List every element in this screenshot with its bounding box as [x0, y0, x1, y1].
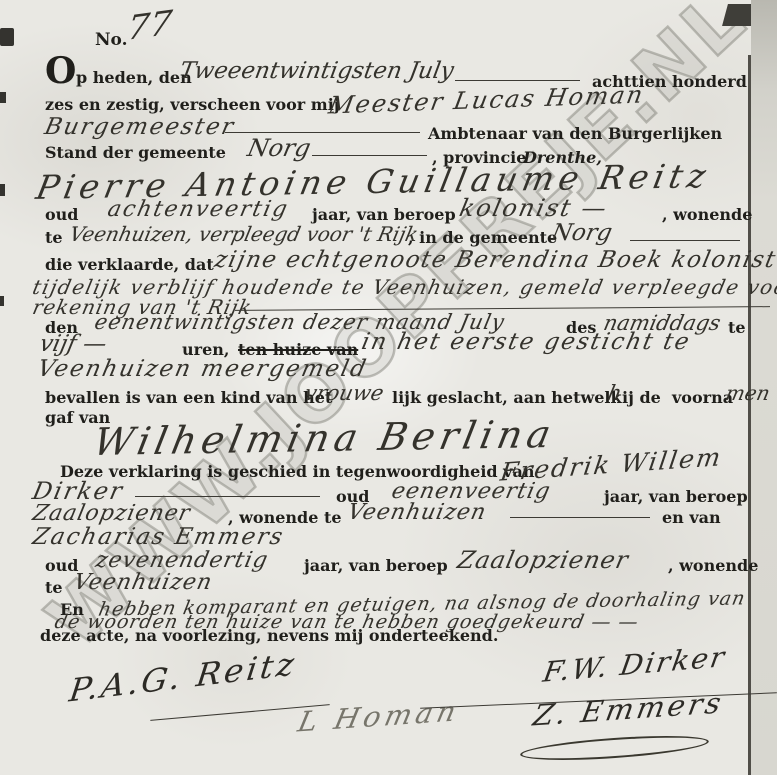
printed-text: p heden, den: [76, 68, 192, 87]
printed-text: te: [45, 228, 63, 247]
printed-text: die verklaarde, dat: [45, 255, 214, 274]
handwritten-witness1-profession: Zaalopziener: [30, 501, 193, 526]
flourish-line: [455, 80, 580, 81]
scan-artifact: [0, 184, 5, 196]
printed-text: jaar, van beroep: [304, 556, 448, 575]
flourish-line: [312, 155, 427, 156]
handwritten-gender: vrouwe: [302, 381, 386, 405]
printed-text: te: [728, 318, 746, 337]
printed-text: , wonende: [662, 205, 752, 224]
printed-text: ij de: [622, 388, 661, 407]
dropcap: O: [45, 50, 76, 92]
printed-text: , wonende: [668, 556, 758, 575]
printed-text: bevallen is van een kind van het: [45, 388, 332, 407]
handwritten-hour: vijf —: [37, 331, 109, 357]
handwritten-birthplace: in het eerste gesticht te: [359, 329, 693, 355]
printed-text: Ambtenaar van den Burgerlijken: [428, 124, 722, 143]
handwritten-title: Burgemeester: [42, 114, 237, 140]
handwritten-gemeente: Norg: [245, 134, 313, 162]
flourish-line: [225, 132, 420, 133]
signature-flourish: [520, 731, 710, 764]
handwritten-witness1-residence: Veenhuizen: [345, 500, 489, 525]
handwritten-profession: kolonist —: [457, 194, 611, 222]
printed-text: oud: [45, 556, 79, 575]
flourish-line: [630, 240, 740, 241]
document-scan: WWW.JOOPFREJE.NL No. 77 O p heden, den T…: [0, 0, 777, 775]
handwritten-witness2-profession: Zaalopziener: [455, 546, 631, 574]
signature-emmers: Z. Emmers: [531, 686, 727, 733]
printed-text: te: [45, 578, 63, 597]
no-label: No.: [95, 30, 128, 50]
flourish-line: [510, 517, 650, 518]
signature-dirker: F.W. Dirker: [541, 640, 729, 689]
act-number: 77: [125, 3, 174, 49]
handwritten-witness2-residence: Veenhuizen: [71, 570, 215, 595]
handwritten-text: men: [723, 381, 772, 405]
scan-artifact: [0, 28, 14, 46]
printed-text: lijk geslacht, aan hetwelk: [392, 388, 622, 407]
printed-text: deze acte, na voorlezing, nevens mij ond…: [40, 626, 498, 645]
scan-artifact: [0, 92, 6, 103]
signature-homan: L Homan: [295, 695, 463, 739]
handwritten-birthplace-2: Veenhuizen meergemeld: [35, 356, 370, 382]
printed-text: zes en zestig, verscheen voor mij: [45, 95, 340, 114]
scan-edge-line: [748, 55, 751, 775]
handwritten-gemeente-2: Norg: [549, 220, 614, 246]
handwritten-mother-declaration: zijne echtgenoote Berendina Boek kolonis…: [212, 247, 777, 273]
handwritten-child-name: Wilhelmina Berlina: [90, 412, 559, 464]
printed-text: en van: [662, 508, 721, 527]
printed-text: , in de gemeente: [408, 228, 557, 247]
handwritten-residence: Veenhuizen, verpleegd voor 't Rijk: [67, 222, 420, 246]
printed-text: jaar, van beroep: [604, 487, 748, 506]
handwritten-date: Tweeentwintigsten July: [178, 58, 456, 84]
printed-text: Stand der gemeente: [45, 143, 226, 162]
handwritten-witness2-name: Zacharias Emmers: [30, 524, 287, 550]
handwritten-age: achtenveertig: [105, 197, 291, 222]
flourish-line: [135, 496, 320, 497]
scan-artifact: [0, 296, 4, 306]
